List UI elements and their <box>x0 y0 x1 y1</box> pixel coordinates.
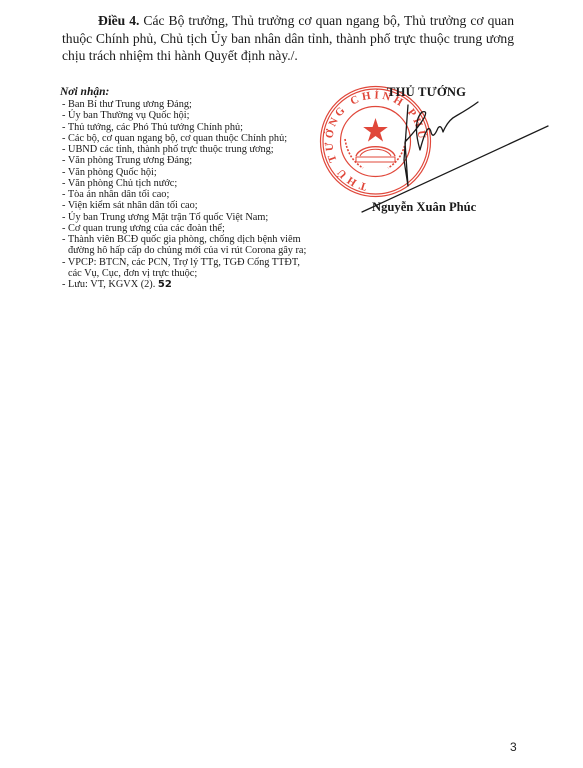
handwritten-signature <box>300 80 550 220</box>
signer-title: THỦ TƯỚNG <box>387 85 466 100</box>
article-label: Điều 4. <box>98 13 139 28</box>
article-4-paragraph: Điều 4. Các Bộ trưởng, Thủ trưởng cơ qua… <box>62 12 514 65</box>
recipient-item: - Cơ quan trung ương của các đoàn thể; <box>60 223 360 234</box>
handwritten-copy-count: 52 <box>158 279 172 290</box>
recipient-item: - Thành viên BCĐ quốc gia phòng, chống d… <box>60 234 360 257</box>
signer-name: Nguyễn Xuân Phúc <box>372 200 476 215</box>
recipient-item: - VPCP: BTCN, các PCN, Trợ lý TTg, TGĐ C… <box>60 257 360 280</box>
archive-text: - Lưu: VT, KGVX (2). <box>62 279 155 290</box>
page-number: 3 <box>510 740 517 754</box>
recipient-item-archive: - Lưu: VT, KGVX (2). 52 <box>60 279 360 290</box>
